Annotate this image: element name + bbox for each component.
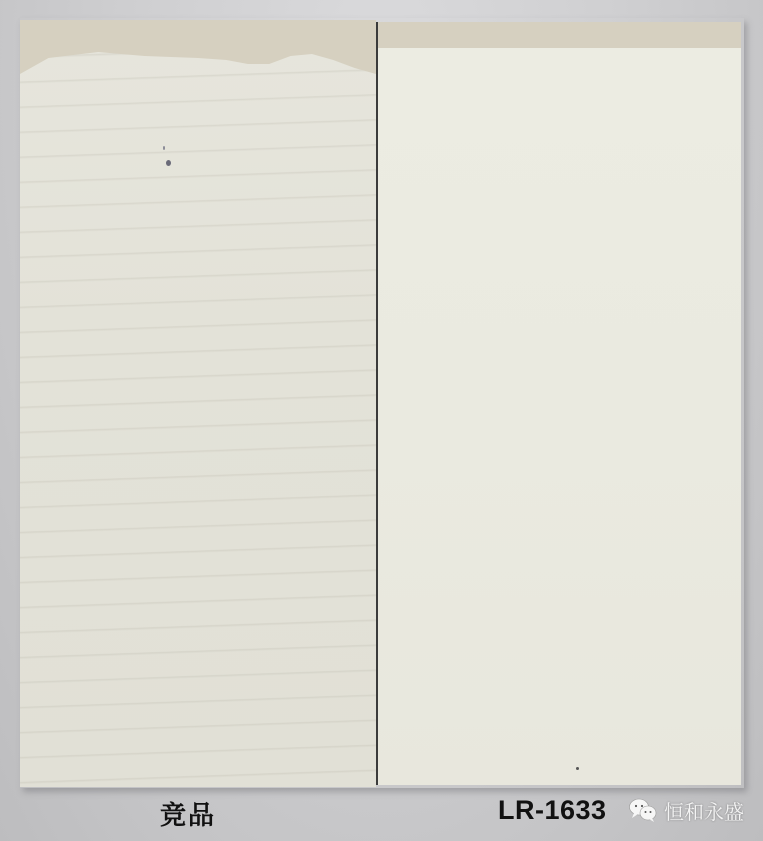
coating-defect xyxy=(163,146,165,150)
product-label: LR-1633 xyxy=(498,795,607,826)
uneven-coating xyxy=(20,34,376,787)
coating-speck xyxy=(576,767,579,770)
watermark: 恒和永盛 xyxy=(628,793,744,827)
coating-defect xyxy=(166,160,171,166)
exposed-substrate xyxy=(378,22,741,49)
smooth-coating xyxy=(378,48,741,785)
competitor-panel xyxy=(20,20,376,787)
watermark-text: 恒和永盛 xyxy=(664,796,744,825)
lr-1633-panel xyxy=(378,22,741,785)
wechat-icon xyxy=(628,797,658,823)
competitor-label: 竞品 xyxy=(160,795,216,832)
sample-board xyxy=(20,18,744,788)
